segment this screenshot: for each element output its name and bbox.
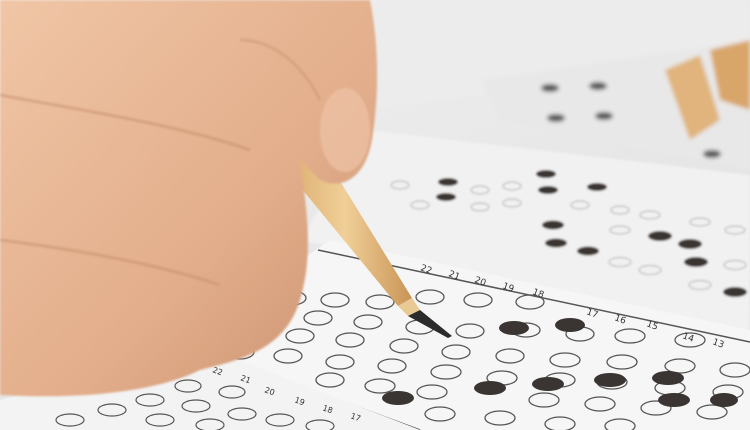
scene-illustration: 22 21 20 19 18 17 16 15 14 13 [0, 0, 750, 430]
photo-scene: 22 21 20 19 18 17 16 15 14 13 [0, 0, 750, 430]
